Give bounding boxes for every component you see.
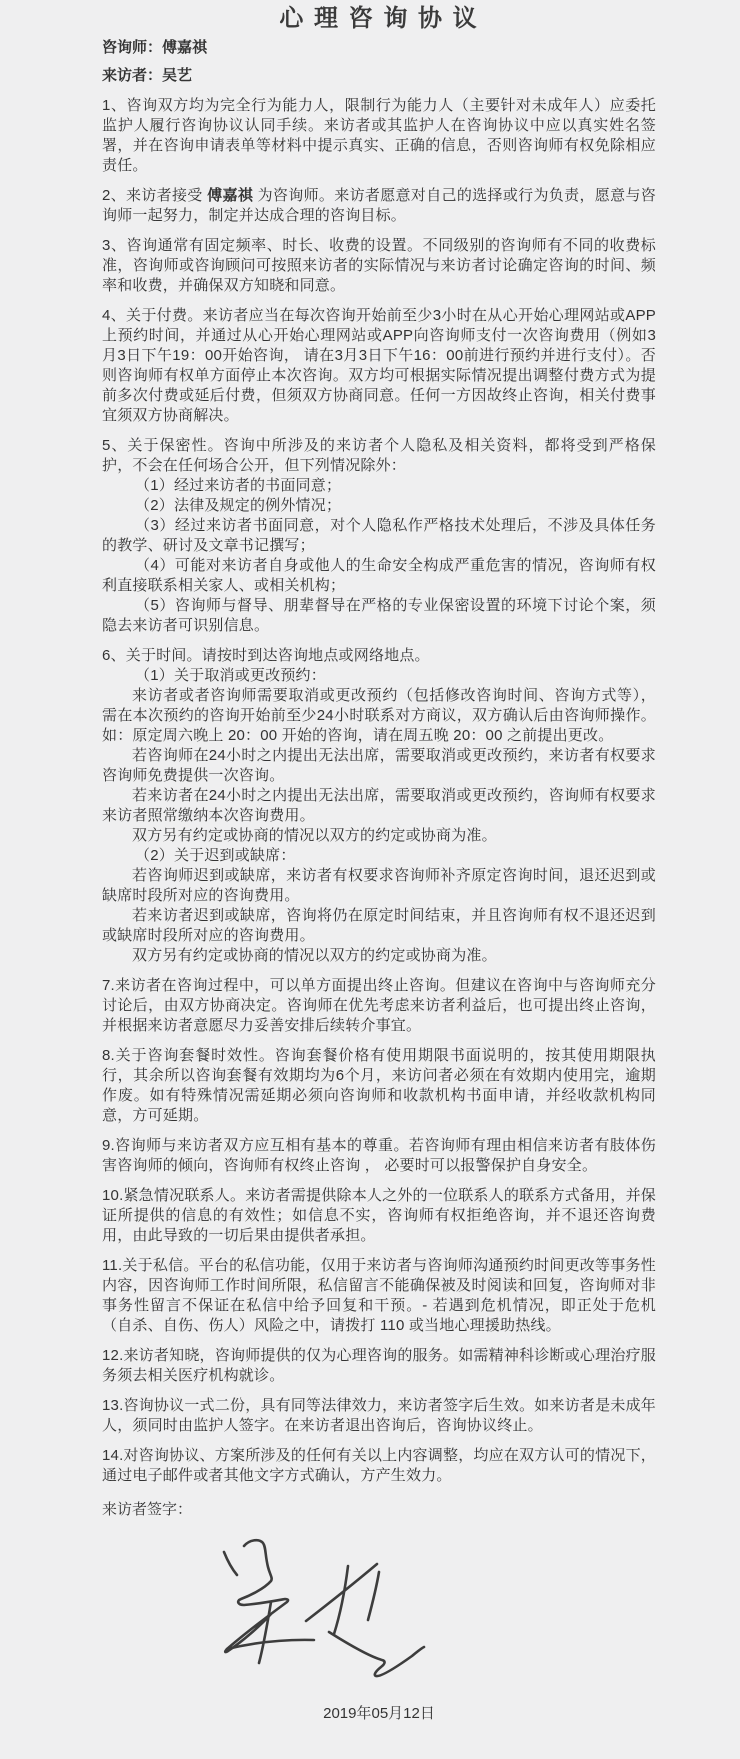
visitor-line: 来访者：吴艺	[102, 66, 656, 86]
clause-4: 4、关于付费。来访者应当在每次咨询开始前至少3小时在从心开始心理网站或APP上预…	[102, 306, 656, 426]
clause-5-item-4: （4）可能对来访者自身或他人的生命安全构成严重危害的情况，咨询师有权利直接联系相…	[102, 556, 656, 596]
clause-6-item-1: （1）关于取消或更改预约：	[102, 666, 656, 686]
clause-3: 3、咨询通常有固定频率、时长、收费的设置。不同级别的咨询师有不同的收费标准，咨询…	[102, 236, 656, 296]
clause-2-prefix: 2、来访者接受	[102, 187, 207, 204]
visitor-signature-label: 来访者签字：	[102, 1500, 656, 1520]
clause-5: 5、关于保密性。咨询中所涉及的来访者个人隐私及相关资料，都将受到严格保护，不会在…	[102, 436, 656, 476]
clause-10: 10.紧急情况联系人。来访者需提供除本人之外的一位联系人的联系方式备用，并保证所…	[102, 1186, 656, 1246]
clause-2: 2、来访者接受 傅嘉祺 为咨询师。来访者愿意对自己的选择或行为负责，愿意与咨询师…	[102, 186, 656, 226]
clause-5-item-2: （2）法律及规定的例外情况；	[102, 496, 656, 516]
clause-6-item-2-para-2: 若来访者迟到或缺席，咨询将仍在原定时间结束，并且咨询师有权不退还迟到或缺席时段所…	[102, 906, 656, 946]
clause-7: 7.来访者在咨询过程中，可以单方面提出终止咨询。但建议在咨询中与咨询师充分讨论后…	[102, 976, 656, 1036]
signature-date: 2019年05月12日	[102, 1704, 656, 1724]
clause-2-counselor-name: 傅嘉祺	[207, 187, 253, 204]
agreement-body: 1、咨询双方均为完全行为能力人，限制行为能力人（主要针对未成年人）应委托监护人履…	[102, 96, 656, 1486]
clause-5-item-1: （1）经过来访者的书面同意；	[102, 476, 656, 496]
clause-14: 14.对咨询协议、方案所涉及的任何有关以上内容调整，均应在双方认可的情况下，通过…	[102, 1446, 656, 1486]
clause-6-item-1-para-3: 若来访者在24小时之内提出无法出席，需要取消或更改预约，咨询师有权要求来访者照常…	[102, 786, 656, 826]
visitor-signature	[221, 1538, 431, 1668]
clause-13: 13.咨询协议一式二份，具有同等法律效力，来访者签字后生效。如来访者是未成年人，…	[102, 1396, 656, 1436]
clause-8: 8.关于咨询套餐时效性。咨询套餐价格有使用期限书面说明的，按其使用期限执行，其余…	[102, 1046, 656, 1126]
clause-5-item-5: （5）咨询师与督导、朋辈督导在严格的专业保密设置的环境下讨论个案，须隐去来访者可…	[102, 596, 656, 636]
clause-5-item-3: （3）经过来访者书面同意，对个人隐私作严格技术处理后，不涉及具体任务的教学、研讨…	[102, 516, 656, 556]
clause-6-item-1-para-1: 来访者或者咨询师需要取消或更改预约（包括修改咨询时间、咨询方式等）， 需在本次预…	[102, 686, 656, 746]
agreement-document: 心 理 咨 询 协 议 咨询师：傅嘉祺 来访者：吴艺 1、咨询双方均为完全行为能…	[0, 0, 740, 1759]
document-title: 心 理 咨 询 协 议	[102, 4, 656, 34]
clause-6-item-1-para-4: 双方另有约定或协商的情况以双方的约定或协商为准。	[102, 826, 656, 846]
clause-6-item-2-para-3: 双方另有约定或协商的情况以双方的约定或协商为准。	[102, 946, 656, 966]
clause-6-item-2: （2）关于迟到或缺席：	[102, 846, 656, 866]
clause-9: 9.咨询师与来访者双方应互相有基本的尊重。若咨询师有理由相信来访者有肢体伤害咨询…	[102, 1136, 656, 1176]
clause-12: 12.来访者知晓，咨询师提供的仅为心理咨询的服务。如需精神科诊断或心理治疗服务须…	[102, 1346, 656, 1386]
signature-drawing	[221, 1538, 431, 1668]
counselor-line: 咨询师：傅嘉祺	[102, 38, 656, 58]
clause-11: 11.关于私信。平台的私信功能，仅用于来访者与咨询师沟通预约时间更改等事务性内容…	[102, 1256, 656, 1336]
clause-6: 6、关于时间。请按时到达咨询地点或网络地点。	[102, 646, 656, 666]
clause-1: 1、咨询双方均为完全行为能力人，限制行为能力人（主要针对未成年人）应委托监护人履…	[102, 96, 656, 176]
clause-6-item-2-para-1: 若咨询师迟到或缺席，来访者有权要求咨询师补齐原定咨询时间，退还迟到或缺席时段所对…	[102, 866, 656, 906]
clause-6-item-1-para-2: 若咨询师在24小时之内提出无法出席，需要取消或更改预约，来访者有权要求咨询师免费…	[102, 746, 656, 786]
